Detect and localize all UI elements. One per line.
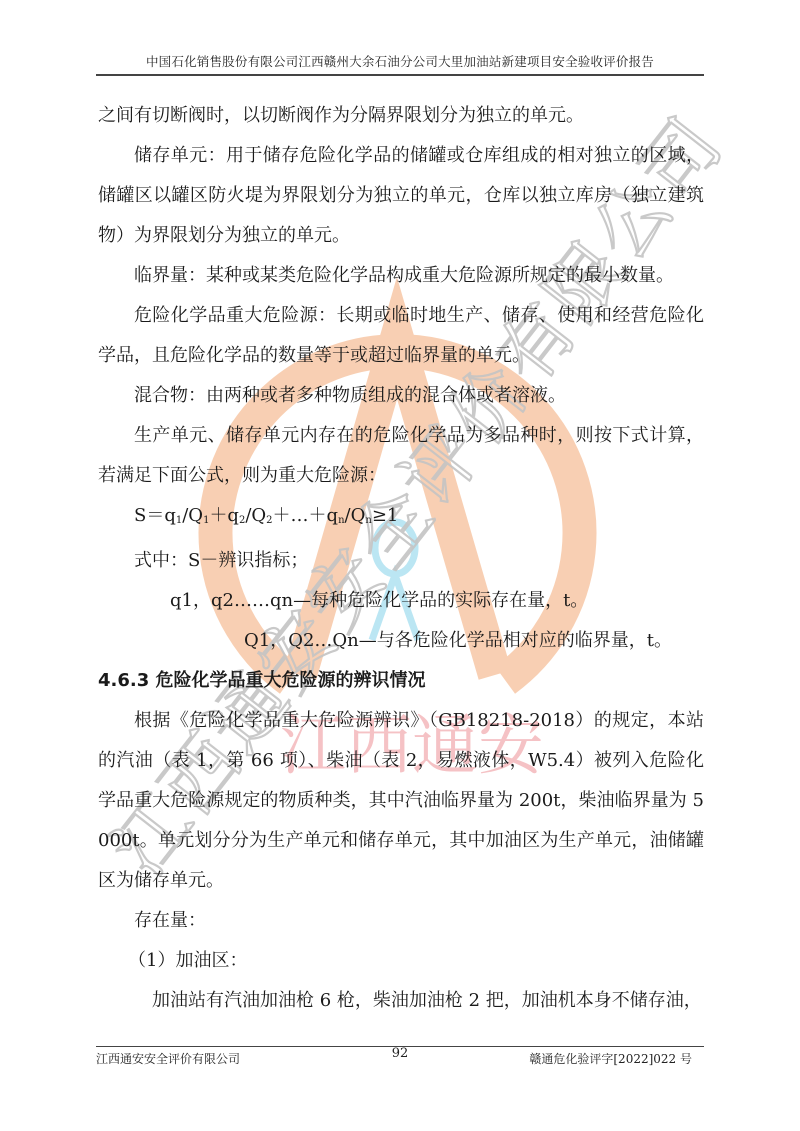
section-heading: 4.6.3 危险化学品重大危险源的辨识情况 bbox=[98, 661, 704, 701]
formula-where: 式中：S－辨识指标； bbox=[98, 541, 704, 581]
formula-q-definition: q1，q2……qn—每种危险化学品的实际存在量，t。 bbox=[98, 581, 704, 621]
page-content: 之间有切断阀时，以切断阀作为分隔界限划分为独立的单元。 储存单元：用于储存危险化… bbox=[98, 96, 704, 1021]
paragraph-calculation: 生产单元、储存单元内存在的危险化学品为多品种时，则按下式计算，若满足下面公式，则… bbox=[98, 416, 704, 496]
paragraph-refueling-guns: 加油站有汽油加油枪 6 枪，柴油加油枪 2 把，加油机本身不储存油， bbox=[98, 981, 704, 1021]
header-divider bbox=[96, 74, 704, 76]
footer-doc-number: 赣通危化验评字[2022]022 号 bbox=[529, 1050, 692, 1067]
paragraph-mixture: 混合物：由两种或者多种物质组成的混合体或者溶液。 bbox=[98, 376, 704, 416]
paragraph-threshold: 临界量：某种或某类危险化学品构成重大危险源所规定的最小数量。 bbox=[98, 256, 704, 296]
page-footer: 江西通安安全评价有限公司 92 赣通危化验评字[2022]022 号 bbox=[96, 1050, 704, 1068]
paragraph-storage-unit: 储存单元：用于储存危险化学品的储罐或仓库组成的相对独立的区域，储罐区以罐区防火堤… bbox=[98, 136, 704, 256]
existing-quantity-label: 存在量： bbox=[98, 901, 704, 941]
formula: S＝q1/Q1＋q2/Q2＋…＋qn/Qn≥1 bbox=[98, 496, 704, 541]
paragraph-identification: 根据《危险化学品重大危险源辨识》（GB18218-2018）的规定，本站的汽油（… bbox=[98, 701, 704, 901]
formula-Q-definition: Q1，Q2…Qn—与各危险化学品相对应的临界量，t。 bbox=[98, 621, 704, 661]
paragraph-major-hazard: 危险化学品重大危险源：长期或临时地生产、储存、使用和经营危险化学品，且危险化学品… bbox=[98, 296, 704, 376]
list-item-refueling-area: （1）加油区： bbox=[98, 941, 704, 981]
page-header: 中国石化销售股份有限公司江西赣州大余石油分公司大里加油站新建项目安全验收评价报告 bbox=[96, 52, 704, 70]
paragraph-continuation: 之间有切断阀时，以切断阀作为分隔界限划分为独立的单元。 bbox=[98, 96, 704, 136]
document-page: 江西通安 江西通安安全评价有限公司 中国石化销售股份有限公司江西赣州大余石油分公… bbox=[0, 0, 800, 1131]
